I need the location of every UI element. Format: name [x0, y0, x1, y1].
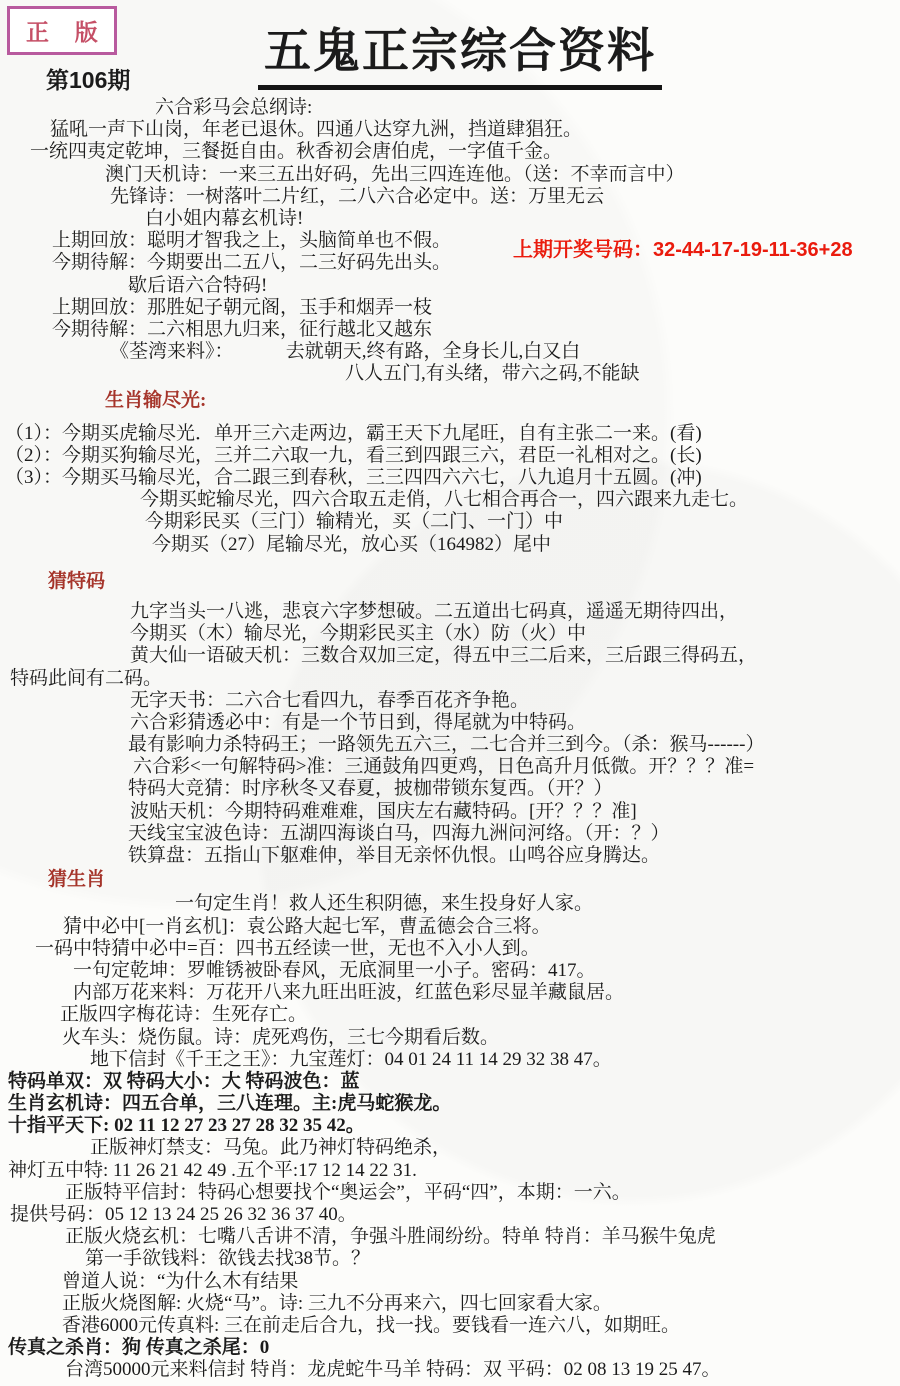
- text-line: 第一手欲钱料：欲钱去找38节。？: [0, 1248, 900, 1270]
- title-wrap: 五鬼正宗综合资料: [150, 14, 770, 90]
- text-line: 正版四字梅花诗：生死存亡。: [0, 1004, 900, 1026]
- text-line: 今期待解：今期要出二五八，二三好码先出头。: [0, 252, 900, 274]
- text-line: 内部万花来料：万花开八来九旺出旺波，红蓝色彩尽显羊藏鼠居。: [0, 982, 900, 1004]
- text-line: 正版火烧玄机：七嘴八舌讲不清，争强斗胜闹纷纷。特单 特肖：羊马猴牛兔虎: [0, 1226, 900, 1248]
- authentic-badge: 正 版: [7, 6, 117, 55]
- text-line: 最有影响力杀特码王；一路领先五六三，二七合并三到今。（杀：猴马------）: [0, 734, 900, 756]
- text-line: 今期买蛇输尽光，四六合取五走俏，八七相合再合一，四六跟来九走七。: [0, 489, 900, 511]
- text-line: 正版特平信封：特码心想要找个“奥运会”，平码“四”，本期：一六。: [0, 1182, 900, 1204]
- text-line: 天线宝宝波色诗：五湖四海谈白马，四海九洲问河络。（开：？）: [0, 823, 900, 845]
- text-line: 黄大仙一语破天机：三数合双加三定，得五中三二后来，三后跟三得码五，: [0, 645, 900, 667]
- document-lines: 六合彩马会总纲诗:猛吼一声下山岗，年老已退休。四通八达穿九洲，挡道肆猖狂。一统四…: [0, 97, 900, 1382]
- section-heading: 生肖输尽光:: [0, 390, 900, 412]
- text-line: 十指平天下: 02 11 12 27 23 27 28 32 35 42。: [0, 1115, 900, 1137]
- text-line: 曾道人说：“为什么木有结果: [0, 1271, 900, 1293]
- text-line: 香港6000元传真料: 三在前走后合九，找一找。要钱看一连六八，如期旺。: [0, 1315, 900, 1337]
- text-line: 特码单双：双 特码大小：大 特码波色：蓝: [0, 1071, 900, 1093]
- text-line: 传真之杀肖：狗 传真之杀尾：0: [0, 1337, 900, 1359]
- text-line: 澳门天机诗：一来三五出好码，先出三四连连他。（送：不幸而言中）: [0, 164, 900, 186]
- text-line: 九字当头一八逃，悲哀六字梦想破。二五道出七码真，遥遥无期待四出，: [0, 601, 900, 623]
- text-line: 特码大竞猜：时序秋冬又春夏，披枷带锁东复西。（开？）: [0, 778, 900, 800]
- text-line: 一句定乾坤：罗帷锈被卧春风，无底洞里一小子。密码：417。: [0, 960, 900, 982]
- text-line: 火车头：烧伤鼠。诗：虎死鸡伤，三七今期看后数。: [0, 1027, 900, 1049]
- text-line: 上期回放：那胜妃子朝元阁，玉手和烟弄一枝: [0, 297, 900, 319]
- text-line: 生肖玄机诗：四五合单，三八连理。主:虎马蛇猴龙。: [0, 1093, 900, 1115]
- text-line: 今期彩民买（三门）输精光，买（二门、一门）中: [0, 511, 900, 533]
- text-line: 铁算盘：五指山下躯难伸，举目无亲怀仇恨。山鸣谷应身腾达。: [0, 845, 900, 867]
- text-line: 一码中特猜中必中=百：四书五经读一世，无也不入小人到。: [0, 938, 900, 960]
- text-line: 提供号码：05 12 13 24 25 26 32 36 37 40。: [0, 1204, 900, 1226]
- text-line: 六合彩<一句解特码>准：三通鼓角四更鸡，日色高升月低微。开？？？准=: [0, 756, 900, 778]
- text-line: 台湾50000元来料信封 特肖：龙虎蛇牛马羊 特码：双 平码：02 08 13 …: [0, 1359, 900, 1381]
- section-heading: 猜特码: [0, 571, 900, 593]
- text-line: 一统四夷定乾坤，三餐挺自由。秋香初会唐伯虎，一字值千金。: [0, 141, 900, 163]
- text-line: （1）：今期买虎输尽光．单开三六走两边，霸王天下九尾旺，自有主张二一来。(看): [0, 423, 900, 445]
- issue-number: 第106期: [46, 62, 130, 95]
- text-line: （2）：今期买狗输尽光，三并二六取一九，看三到四跟三六，君臣一礼相对之。(长): [0, 445, 900, 467]
- text-line: 白小姐内幕玄机诗!: [0, 208, 900, 230]
- text-line: 八人五门,有头绪，带六之码,不能缺: [0, 363, 900, 385]
- text-line: 今期买（木）输尽光，今期彩民买主（水）防（火）中: [0, 623, 900, 645]
- text-line: 地下信封《千王之王》：九宝莲灯：04 01 24 11 14 29 32 38 …: [0, 1049, 900, 1071]
- text-line: 一句定生肖！救人还生积阴德，来生投身好人家。: [0, 893, 900, 915]
- text-line: 六合彩猜透必中：有是一个节日到，得尾就为中特码。: [0, 712, 900, 734]
- text-line: （3）：今期买马输尽光，合二跟三到春秋，三三四四六六七，八九追月十五圆。(冲): [0, 467, 900, 489]
- text-line: 正版神灯禁支：马兔。此乃神灯特码绝杀，: [0, 1137, 900, 1159]
- text-line: 六合彩马会总纲诗:: [0, 97, 900, 119]
- text-line: 今期待解：二六相思九归来，征行越北又越东: [0, 319, 900, 341]
- text-line: 特码此间有二码。: [0, 668, 900, 690]
- text-line: 猜中必中[一肖玄机]：袁公路大起七军，曹孟德会合三将。: [0, 916, 900, 938]
- text-line: 歇后语六合特码!: [0, 275, 900, 297]
- text-line: 先锋诗：一树落叶二片红，二八六合必定中。送：万里无云: [0, 186, 900, 208]
- text-line: 今期买（27）尾输尽光，放心买（164982）尾中: [0, 534, 900, 556]
- text-line: 无字天书：二六合七看四九，春季百花齐争艳。: [0, 690, 900, 712]
- text-line: 《荃湾来料》： 去就朝天,终有路，全身长儿,白又白: [0, 341, 900, 363]
- text-line: 猛吼一声下山岗，年老已退休。四通八达穿九洲，挡道肆猖狂。: [0, 119, 900, 141]
- text-line: 波贴天机：今期特码难难难，国庆左右藏特码。[开？？？准]: [0, 801, 900, 823]
- scanned-lottery-sheet: 正 版 五鬼正宗综合资料 第106期 上期开奖号码：32-44-17-19-11…: [0, 0, 900, 1386]
- page-title: 五鬼正宗综合资料: [258, 14, 662, 90]
- text-line: 神灯五中特: 11 26 21 42 49 .五个平:17 12 14 22 3…: [0, 1160, 900, 1182]
- text-line: 正版火烧图解: 火烧“马”。诗: 三九不分再来六，四七回家看大家。: [0, 1293, 900, 1315]
- section-heading: 猜生肖: [0, 869, 900, 891]
- text-line: 上期回放：聪明才智我之上，头脑简单也不假。: [0, 230, 900, 252]
